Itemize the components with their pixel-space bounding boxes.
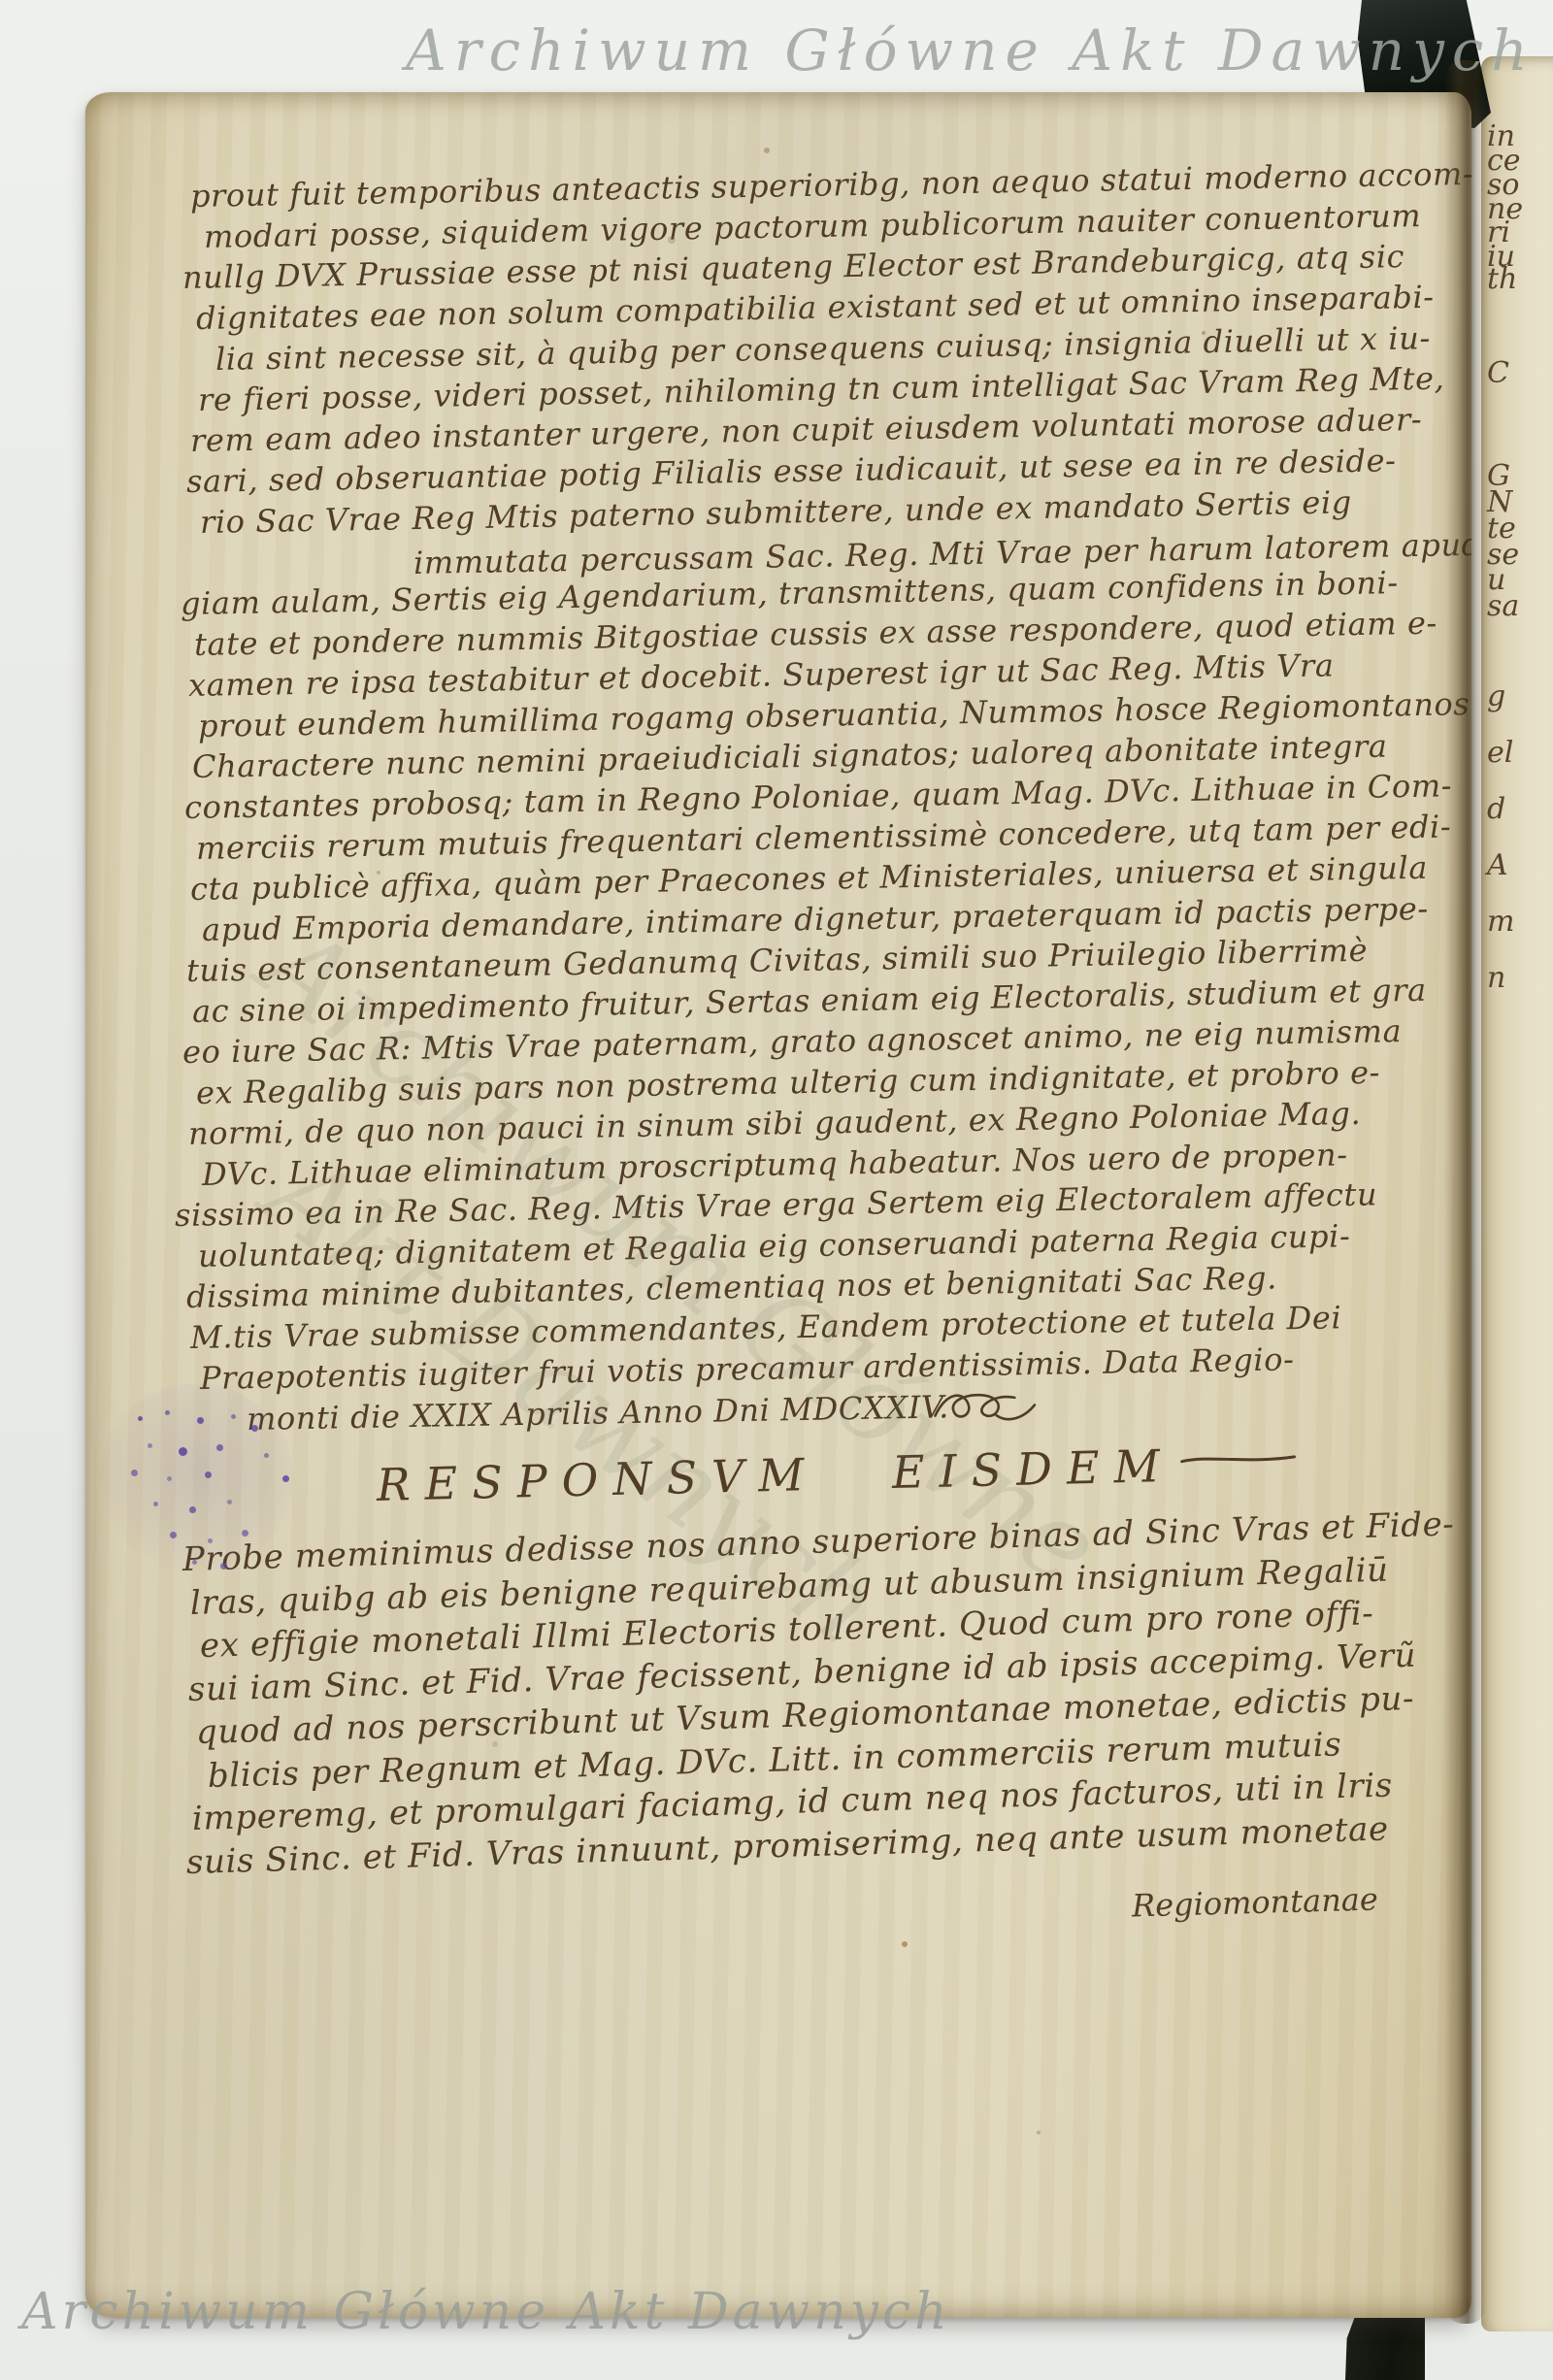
next-page-text-fragment: C [1487, 356, 1509, 390]
next-page-text-fragment: sa [1487, 589, 1519, 623]
next-page-text-fragment: A [1487, 848, 1508, 882]
bookmark-ribbon-bottom [1345, 2308, 1425, 2380]
responsum-heading: RESPONSVM EISDEM [376, 1437, 1297, 1511]
next-page-text-fragment: g [1487, 679, 1505, 713]
next-page-text-fragment: n [1487, 961, 1505, 995]
next-page-text-fragment: d [1487, 792, 1505, 826]
next-page-edge: incesoneriiuthCGNteseusageldAmn [1481, 56, 1553, 2331]
heading-dash-flourish [1179, 1451, 1296, 1468]
pen-flourish [931, 1381, 1041, 1434]
next-page-text-fragment: th [1487, 262, 1517, 296]
responsum-heading-text: RESPONSVM EISDEM [376, 1439, 1174, 1511]
catchword: Regiomontanae [1132, 1880, 1379, 1924]
manuscript-text-line: monti die XXIX Aprilis Anno Dni MDCXXIV. [247, 1388, 949, 1438]
page-gutter-shadow [1444, 60, 1487, 2324]
next-page-text-fragment: m [1487, 905, 1514, 939]
next-page-text-fragment: el [1487, 736, 1513, 770]
paper-specks [85, 92, 89, 96]
archive-stamp-remnant [99, 1383, 293, 1572]
manuscript-page: prout fuit temporibus anteactis superior… [85, 92, 1471, 2318]
scanned-manuscript-document: incesoneriiuthCGNteseusageldAmn prout fu… [0, 0, 1553, 2380]
